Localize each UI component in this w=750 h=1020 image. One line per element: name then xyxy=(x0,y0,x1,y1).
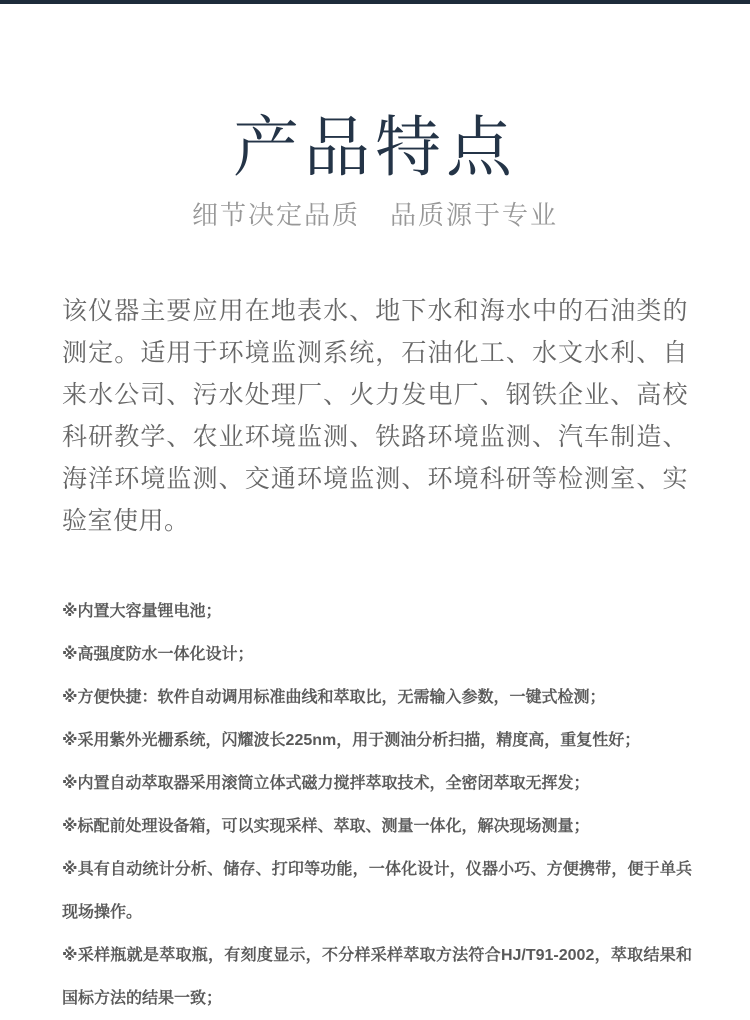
feature-item: ※标配前处理设备箱，可以实现采样、萃取、测量一体化，解决现场测量； xyxy=(62,805,692,848)
feature-item: ※具有自动统计分析、储存、打印等功能，一体化设计，仪器小巧、方便携带，便于单兵现… xyxy=(62,848,692,934)
feature-item: ※内置大容量锂电池； xyxy=(62,590,692,633)
product-features-section: 该仪器主要应用在地表水、地下水和海水中的石油类的测定。适用于环境监测系统，石油化… xyxy=(0,290,750,1020)
feature-item: ※采样瓶就是萃取瓶，有刻度显示，不分样采样萃取方法符合HJ/T91-2002，萃… xyxy=(62,934,692,1020)
page-subtitle: 细节决定品质 品质源于专业 xyxy=(0,198,750,232)
feature-list: ※内置大容量锂电池； ※高强度防水一体化设计； ※方便快捷：软件自动调用标准曲线… xyxy=(62,590,692,1020)
feature-item: ※内置自动萃取器采用滚筒立体式磁力搅拌萃取技术，全密闭萃取无挥发； xyxy=(62,762,692,805)
intro-paragraph: 该仪器主要应用在地表水、地下水和海水中的石油类的测定。适用于环境监测系统，石油化… xyxy=(62,290,688,542)
feature-item: ※采用紫外光栅系统，闪耀波长225nm，用于测油分析扫描，精度高，重复性好； xyxy=(62,719,692,762)
section-header: 产品特点 细节决定品质 品质源于专业 xyxy=(0,4,750,232)
page-title: 产品特点 xyxy=(0,114,750,180)
subtitle-left: 细节决定品质 xyxy=(192,198,360,232)
feature-item: ※高强度防水一体化设计； xyxy=(62,633,692,676)
feature-item: ※方便快捷：软件自动调用标准曲线和萃取比，无需输入参数，一键式检测； xyxy=(62,676,692,719)
subtitle-right: 品质源于专业 xyxy=(390,198,558,232)
